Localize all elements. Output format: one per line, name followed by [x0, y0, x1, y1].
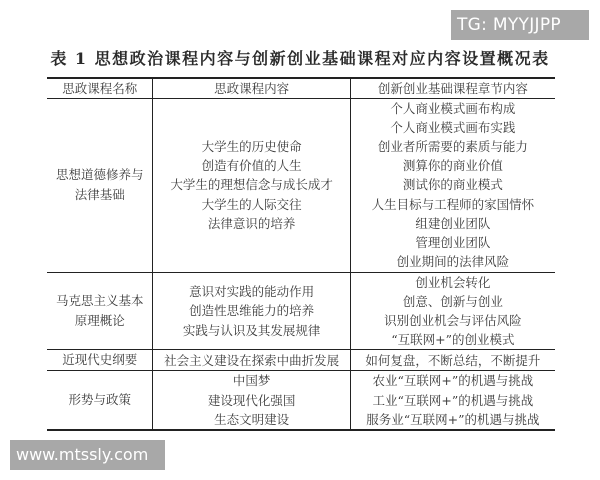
chapter-line: 创业期间的法律风险 — [351, 252, 555, 271]
course-content-cell: 中国梦 建设现代化强国 生态文明建设 — [153, 371, 350, 430]
chapter-content-cell: 创业机会转化 创意、创新与创业 识别创业机会与评估风险 “互联网+”的创业模式 — [350, 272, 555, 350]
chapter-line: 测试你的商业模式 — [351, 175, 555, 194]
course-name-line: 法律基础 — [47, 185, 152, 205]
content-line: 意识对实践的能动作用 — [153, 282, 349, 301]
chapter-content-cell: 农业“互联网+”的机遇与挑战 工业“互联网+”的机遇与挑战 服务业“互联网+”的… — [350, 371, 555, 430]
chapter-line: 如何复盘，不断总结，不断提升 — [351, 351, 555, 370]
course-name-line: 思想道德修养与 — [47, 165, 152, 185]
chapter-line: 人生目标与工程师的家国情怀 — [351, 195, 555, 214]
chapter-line: 个人商业模式画布构成 — [351, 99, 555, 118]
chapter-line: 工业“互联网+”的机遇与挑战 — [351, 391, 555, 410]
table-title: 表 1 思想政治课程内容与创新创业基础课程对应内容设置概况表 — [0, 46, 600, 69]
table-row: 形势与政策 中国梦 建设现代化强国 生态文明建设 农业“互联网+”的机遇与挑战 … — [47, 371, 555, 430]
course-name-cell: 形势与政策 — [47, 371, 153, 430]
chapter-line: 管理创业团队 — [351, 233, 555, 252]
content-line: 实践与认识及其发展规律 — [153, 321, 349, 340]
chapter-line: 组建创业团队 — [351, 214, 555, 233]
chapter-line: 创意、创新与创业 — [351, 292, 555, 311]
course-content-cell: 社会主义建设在探索中曲折发展 — [153, 350, 350, 371]
table-row: 近现代史纲要 社会主义建设在探索中曲折发展 如何复盘，不断总结，不断提升 — [47, 350, 555, 371]
content-line: 创造性思维能力的培养 — [153, 301, 349, 320]
content-line: 生态文明建设 — [153, 410, 349, 429]
table-header-row: 思政课程名称 思政课程内容 创新创业基础课程章节内容 — [47, 78, 555, 98]
content-line: 大学生的理想信念与成长成才 — [153, 175, 349, 194]
content-line: 大学生的人际交往 — [153, 195, 349, 214]
table-row: 思想道德修养与 法律基础 大学生的历史使命 创造有价值的人生 大学生的理想信念与… — [47, 98, 555, 272]
chapter-line: 识别创业机会与评估风险 — [351, 311, 555, 330]
course-name-cell: 马克思主义基本 原理概论 — [47, 272, 153, 350]
course-name-line: 形势与政策 — [47, 390, 152, 410]
watermark-website: www.mtssly.com — [10, 440, 165, 470]
chapter-line: 个人商业模式画布实践 — [351, 118, 555, 137]
chapter-content-cell: 如何复盘，不断总结，不断提升 — [350, 350, 555, 371]
content-line: 社会主义建设在探索中曲折发展 — [153, 351, 349, 370]
content-line: 创造有价值的人生 — [153, 156, 349, 175]
chapter-line: 服务业“互联网+”的机遇与挑战 — [351, 410, 555, 429]
content-line: 建设现代化强国 — [153, 391, 349, 410]
chapter-content-cell: 个人商业模式画布构成 个人商业模式画布实践 创业者所需要的素质与能力 测算你的商… — [350, 98, 555, 272]
content-line: 中国梦 — [153, 371, 349, 390]
header-chapter-content: 创新创业基础课程章节内容 — [350, 78, 555, 98]
chapter-line: “互联网+”的创业模式 — [351, 330, 555, 349]
course-name-line: 马克思主义基本 — [47, 291, 152, 311]
chapter-line: 创业机会转化 — [351, 273, 555, 292]
course-content-cell: 意识对实践的能动作用 创造性思维能力的培养 实践与认识及其发展规律 — [153, 272, 350, 350]
header-course-content: 思政课程内容 — [153, 78, 350, 98]
chapter-line: 创业者所需要的素质与能力 — [351, 137, 555, 156]
course-name-cell: 思想道德修养与 法律基础 — [47, 98, 153, 272]
header-course-name: 思政课程名称 — [47, 78, 153, 98]
course-name-cell: 近现代史纲要 — [47, 350, 153, 371]
course-name-line: 原理概论 — [47, 311, 152, 331]
course-content-cell: 大学生的历史使命 创造有价值的人生 大学生的理想信念与成长成才 大学生的人际交往… — [153, 98, 350, 272]
chapter-line: 农业“互联网+”的机遇与挑战 — [351, 371, 555, 390]
chapter-line: 测算你的商业价值 — [351, 156, 555, 175]
course-name-line: 近现代史纲要 — [47, 350, 152, 370]
course-mapping-table: 思政课程名称 思政课程内容 创新创业基础课程章节内容 思想道德修养与 法律基础 … — [47, 77, 555, 431]
content-line: 法律意识的培养 — [153, 214, 349, 233]
table-row: 马克思主义基本 原理概论 意识对实践的能动作用 创造性思维能力的培养 实践与认识… — [47, 272, 555, 350]
content-line: 大学生的历史使命 — [153, 137, 349, 156]
watermark-telegram: TG: MYYJJPP — [451, 10, 589, 40]
